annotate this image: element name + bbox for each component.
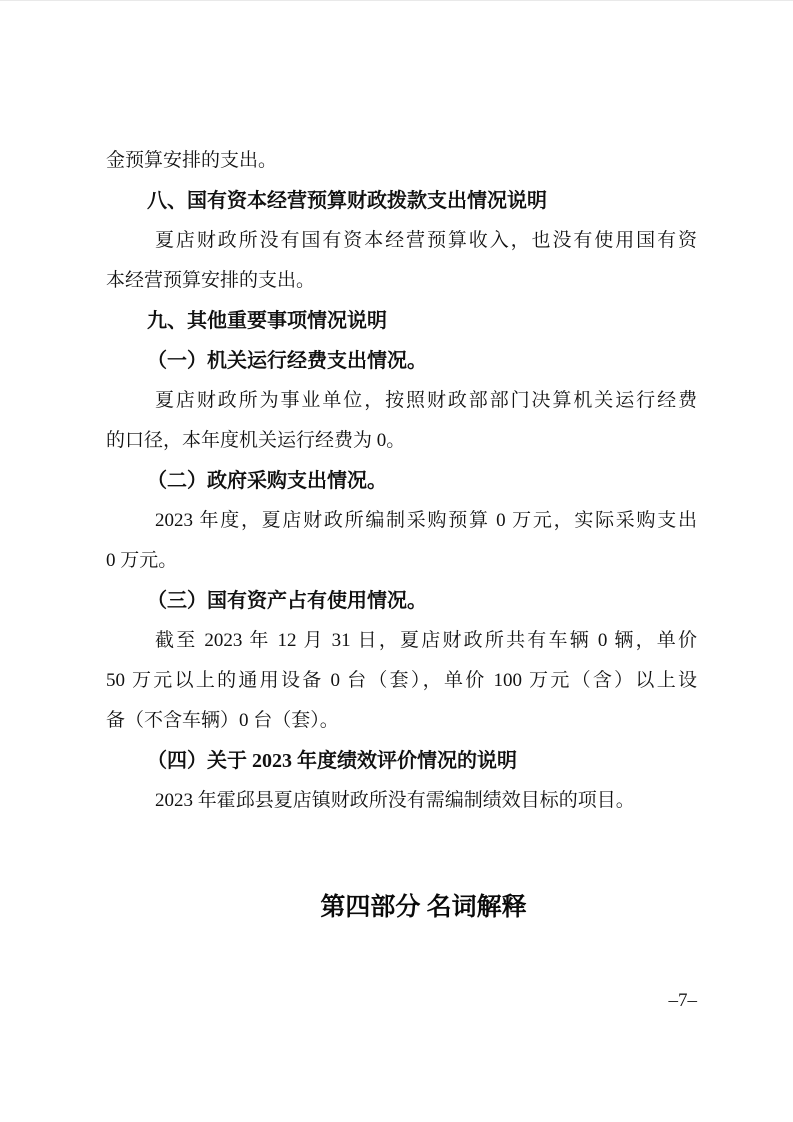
subsection-heading-3: （三）国有资产占有使用情况。 [106,581,697,621]
body-line: 截至 2023 年 12 月 31 日，夏店财政所共有车辆 0 辆，单价 [106,621,697,661]
body-line: 0 万元。 [106,541,697,581]
body-line: 的口径，本年度机关运行经费为 0。 [106,421,697,461]
body-line: 本经营预算安排的支出。 [106,261,697,301]
subsection-heading-4: （四）关于 2023 年度绩效评价情况的说明 [106,741,697,781]
document-body: 金预算安排的支出。 八、国有资本经营预算财政拨款支出情况说明 夏店财政所没有国有… [106,141,697,821]
subsection-heading-2: （二）政府采购支出情况。 [106,461,697,501]
body-line: 2023 年霍邱县夏店镇财政所没有需编制绩效目标的项目。 [106,781,697,821]
body-line: 金预算安排的支出。 [106,141,697,181]
document-page: 金预算安排的支出。 八、国有资本经营预算财政拨款支出情况说明 夏店财政所没有国有… [0,0,793,1122]
body-line: 备（不含车辆）0 台（套）。 [106,701,697,741]
body-line: 50 万元以上的通用设备 0 台（套），单价 100 万元（含）以上设 [106,661,697,701]
section-heading-9: 九、其他重要事项情况说明 [106,301,697,341]
body-line: 夏店财政所为事业单位，按照财政部部门决算机关运行经费 [106,381,697,421]
page-number: –7– [669,989,698,1013]
part-title: 第四部分 名词解释 [128,891,719,925]
body-line: 夏店财政所没有国有资本经营预算收入，也没有使用国有资 [106,221,697,261]
subsection-heading-1: （一）机关运行经费支出情况。 [106,341,697,381]
section-heading-8: 八、国有资本经营预算财政拨款支出情况说明 [106,181,697,221]
body-line: 2023 年度，夏店财政所编制采购预算 0 万元，实际采购支出 [106,501,697,541]
